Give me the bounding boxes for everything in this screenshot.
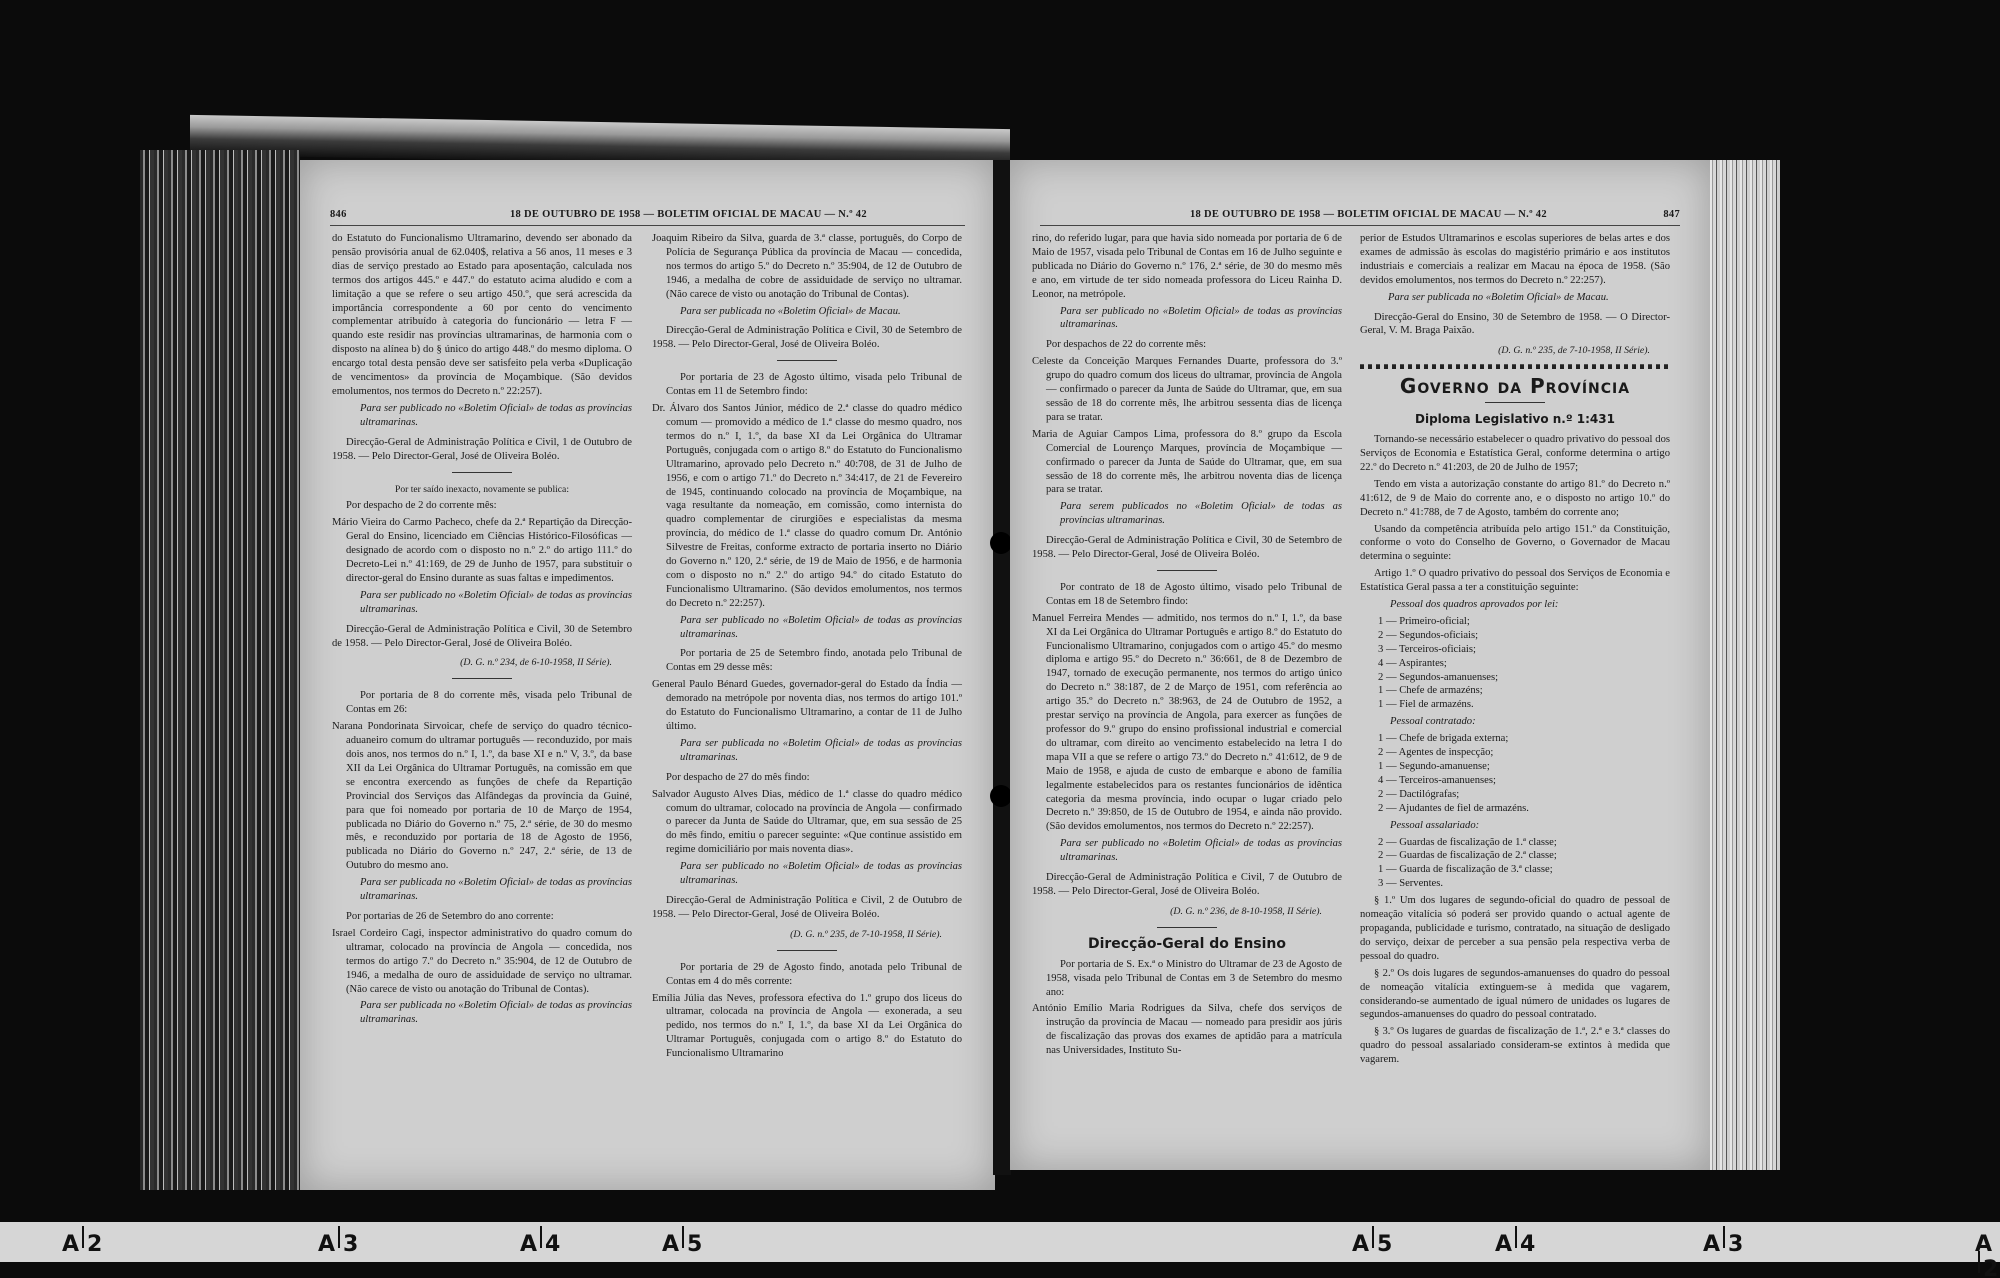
binding-hole <box>990 785 1012 807</box>
list-item: 3 — Terceiros-oficiais; <box>1378 643 1670 657</box>
section-divider <box>452 472 512 473</box>
book-right-page-edges <box>1710 160 1780 1170</box>
page-number: 847 <box>1663 209 1680 220</box>
signature-line: Direcção-Geral de Administração Política… <box>1032 534 1342 562</box>
publication-note: Para ser publicada no «Boletim Oficial» … <box>652 737 962 765</box>
list-item: 4 — Terceiros-amanuenses; <box>1378 774 1670 788</box>
order-intro: Por portaria de 25 de Setembro findo, an… <box>652 647 962 675</box>
running-head-right: 18 DE OUTUBRO DE 1958 — BOLETIM OFICIAL … <box>1040 207 1680 226</box>
staff-list: 1 — Chefe de brigada externa;2 — Agentes… <box>1360 732 1670 815</box>
gazette-reference: (D. G. n.º 235, de 7-10-1958, II Série). <box>652 928 962 942</box>
publication-note: Para ser publicada no «Boletim Oficial» … <box>1360 291 1670 305</box>
section-heading: Governo da Província <box>1360 380 1670 394</box>
list-item: 1 — Chefe de brigada externa; <box>1378 732 1670 746</box>
publication-note: Para ser publicado no «Boletim Oficial» … <box>652 860 962 888</box>
left-page-column-2: Joaquim Ribeiro da Silva, guarda de 3.ª … <box>652 232 962 1064</box>
running-title: 18 DE OUTUBRO DE 1958 — BOLETIM OFICIAL … <box>1190 209 1547 220</box>
paragraph-continued: perior de Estudos Ultramarinos e escolas… <box>1360 232 1670 288</box>
entry-paragraph: Manuel Ferreira Mendes — admitido, nos t… <box>1032 612 1342 835</box>
marker-tick <box>1723 1226 1725 1248</box>
order-intro: Por portaria de 8 do corrente mês, visad… <box>332 689 632 717</box>
marker-number: 4 <box>1520 1232 1535 1257</box>
list-item: 2 — Guardas de fiscalização de 1.ª class… <box>1378 836 1670 850</box>
paragraph: Por portarias de 26 de Setembro do ano c… <box>332 910 632 924</box>
marker-tick <box>1372 1226 1374 1248</box>
right-page-column-1: rino, do referido lugar, para que havia … <box>1032 232 1342 1061</box>
marker-number: 4 <box>545 1232 560 1257</box>
list-subheading: Pessoal assalariado: <box>1360 819 1670 833</box>
entry-paragraph: Maria de Aguiar Campos Lima, professora … <box>1032 428 1342 498</box>
publication-note: Para ser publicado no «Boletim Oficial» … <box>652 614 962 642</box>
marker-number: 3 <box>1728 1232 1743 1257</box>
entry-paragraph: Israel Cordeiro Cagi, inspector administ… <box>332 927 632 997</box>
list-item: 2 — Ajudantes de fiel de armazéns. <box>1378 802 1670 816</box>
entry-paragraph: General Paulo Bénard Guedes, governador-… <box>652 678 962 734</box>
gazette-reference: (D. G. n.º 234, de 6-10-1958, II Série). <box>332 656 632 670</box>
publication-note: Para ser publicada no «Boletim Oficial» … <box>332 999 632 1027</box>
list-item: 2 — Segundos-amanuenses; <box>1378 671 1670 685</box>
order-intro: Por portaria de S. Ex.ª o Ministro do Ul… <box>1032 958 1342 1000</box>
marker-tick <box>82 1226 84 1248</box>
paragraph-continued: rino, do referido lugar, para que havia … <box>1032 232 1342 302</box>
film-frame-marker: A3 <box>318 1232 358 1257</box>
marker-letter: A <box>1352 1232 1369 1257</box>
paragraph: § 1.º Um dos lugares de segundo-oficial … <box>1360 894 1670 964</box>
staff-list: 1 — Primeiro-oficial;2 — Segundos-oficia… <box>1360 615 1670 712</box>
entry-paragraph: Dr. Álvaro dos Santos Júnior, médico de … <box>652 402 962 611</box>
staff-list: 2 — Guardas de fiscalização de 1.ª class… <box>1360 836 1670 892</box>
signature-line: Direcção-Geral de Administração Política… <box>652 324 962 352</box>
paragraph: Por despacho de 27 do mês findo: <box>652 771 962 785</box>
list-item: 1 — Fiel de armazéns. <box>1378 698 1670 712</box>
paragraph-continued: do Estatuto do Funcionalismo Ultramarino… <box>332 232 632 399</box>
order-intro: Por portaria de 29 de Agosto findo, anot… <box>652 961 962 989</box>
entry-paragraph: Narana Pondorinata Sirvoicar, chefe de s… <box>332 720 632 873</box>
film-ruler <box>0 1222 2000 1262</box>
entry-paragraph: Celeste da Conceição Marques Fernandes D… <box>1032 355 1342 425</box>
section-divider <box>1157 570 1217 571</box>
order-intro: Por portaria de 23 de Agosto último, vis… <box>652 371 962 399</box>
section-divider <box>1485 402 1545 403</box>
page-number: 846 <box>330 209 347 220</box>
publication-note: Para ser publicado no «Boletim Oficial» … <box>1032 837 1342 865</box>
list-item: 3 — Serventes. <box>1378 877 1670 891</box>
signature-line: Direcção-Geral de Administração Política… <box>332 436 632 464</box>
section-heading: Direcção-Geral do Ensino <box>1032 938 1342 952</box>
paragraph: Tendo em vista a autorização constante d… <box>1360 478 1670 520</box>
section-divider <box>1157 927 1217 928</box>
order-intro: Por contrato de 18 de Agosto último, vis… <box>1032 581 1342 609</box>
marker-letter: A <box>520 1232 537 1257</box>
film-frame-marker: A2 <box>1975 1232 2000 1278</box>
film-frame-marker: A5 <box>1352 1232 1392 1257</box>
entry-paragraph: António Emílio Maria Rodrigues da Silva,… <box>1032 1002 1342 1058</box>
list-subheading: Pessoal dos quadros aprovados por lei: <box>1360 598 1670 612</box>
paragraph: Usando da competência atribuída pelo art… <box>1360 523 1670 565</box>
publication-note: Para ser publicado no «Boletim Oficial» … <box>1032 305 1342 333</box>
binding-hole <box>990 532 1012 554</box>
list-item: 2 — Segundos-oficiais; <box>1378 629 1670 643</box>
marker-number: 5 <box>1377 1232 1392 1257</box>
marker-number: 3 <box>343 1232 358 1257</box>
marker-letter: A <box>1495 1232 1512 1257</box>
list-item: 4 — Aspirantes; <box>1378 657 1670 671</box>
list-item: 1 — Primeiro-oficial; <box>1378 615 1670 629</box>
entry-paragraph: Joaquim Ribeiro da Silva, guarda de 3.ª … <box>652 232 962 302</box>
book-gutter <box>993 160 1011 1175</box>
paragraph: Por despacho de 2 do corrente mês: <box>332 499 632 513</box>
gazette-reference: (D. G. n.º 236, de 8-10-1958, II Série). <box>1032 905 1342 919</box>
paragraph: Artigo 1.º O quadro privativo do pessoal… <box>1360 567 1670 595</box>
diploma-heading: Diploma Legislativo n.º 1:431 <box>1360 413 1670 427</box>
marker-number: 2 <box>1983 1257 1998 1278</box>
list-item: 2 — Dactilógrafas; <box>1378 788 1670 802</box>
list-item: 2 — Agentes de inspecção; <box>1378 746 1670 760</box>
marker-tick <box>338 1226 340 1248</box>
film-frame-marker: A4 <box>520 1232 560 1257</box>
film-frame-marker: A3 <box>1703 1232 1743 1257</box>
marker-tick <box>1978 1251 1980 1273</box>
signature-line: Direcção-Geral de Administração Política… <box>652 894 962 922</box>
list-item: 2 — Guardas de fiscalização de 2.ª class… <box>1378 849 1670 863</box>
paragraph: Tornando-se necessário estabelecer o qua… <box>1360 433 1670 475</box>
publication-note: Para ser publicada no «Boletim Oficial» … <box>332 876 632 904</box>
list-item: 1 — Segundo-amanuense; <box>1378 760 1670 774</box>
ornamental-divider <box>1360 364 1670 372</box>
film-frame-marker: A2 <box>62 1232 102 1257</box>
entry-paragraph: Mário Vieira do Carmo Pacheco, chefe da … <box>332 516 632 586</box>
signature-line: Direcção-Geral de Administração Política… <box>332 623 632 651</box>
film-frame-marker: A4 <box>1495 1232 1535 1257</box>
section-divider <box>777 360 837 361</box>
list-item: 1 — Guarda de fiscalização de 3.ª classe… <box>1378 863 1670 877</box>
right-page: 18 DE OUTUBRO DE 1958 — BOLETIM OFICIAL … <box>1010 160 1710 1170</box>
left-page-column-1: do Estatuto do Funcionalismo Ultramarino… <box>332 232 632 1033</box>
notice-line: Por ter saído inexacto, novamente se pub… <box>332 483 632 497</box>
publication-note: Para ser publicada no «Boletim Oficial» … <box>652 305 962 319</box>
marker-letter: A <box>662 1232 679 1257</box>
left-page: 846 18 DE OUTUBRO DE 1958 — BOLETIM OFIC… <box>300 160 995 1190</box>
book-left-page-edges <box>140 150 300 1190</box>
paragraph: Por despachos de 22 do corrente mês: <box>1032 338 1342 352</box>
running-title: 18 DE OUTUBRO DE 1958 — BOLETIM OFICIAL … <box>510 209 867 220</box>
marker-letter: A <box>318 1232 335 1257</box>
section-divider <box>452 678 512 679</box>
publication-note: Para ser publicado no «Boletim Oficial» … <box>332 589 632 617</box>
list-subheading: Pessoal contratado: <box>1360 715 1670 729</box>
paragraph: § 3.º Os lugares de guardas de fiscaliza… <box>1360 1025 1670 1067</box>
list-item: 1 — Chefe de armazéns; <box>1378 684 1670 698</box>
marker-number: 2 <box>87 1232 102 1257</box>
publication-note: Para ser publicado no «Boletim Oficial» … <box>332 402 632 430</box>
marker-letter: A <box>62 1232 79 1257</box>
running-head-left: 846 18 DE OUTUBRO DE 1958 — BOLETIM OFIC… <box>330 207 965 226</box>
marker-tick <box>1515 1226 1517 1248</box>
right-page-column-2: perior de Estudos Ultramarinos e escolas… <box>1360 232 1670 1070</box>
paragraph: § 2.º Os dois lugares de segundos-amanue… <box>1360 967 1670 1023</box>
section-divider <box>777 950 837 951</box>
gazette-reference: (D. G. n.º 235, de 7-10-1958, II Série). <box>1360 344 1670 358</box>
marker-tick <box>540 1226 542 1248</box>
publication-note: Para serem publicados no «Boletim Oficia… <box>1032 500 1342 528</box>
film-frame-marker: A5 <box>662 1232 702 1257</box>
entry-paragraph: Emília Júlia das Neves, professora efect… <box>652 992 962 1062</box>
marker-number: 5 <box>687 1232 702 1257</box>
entry-paragraph: Salvador Augusto Alves Dias, médico de 1… <box>652 788 962 858</box>
marker-letter: A <box>1703 1232 1720 1257</box>
marker-tick <box>682 1226 684 1248</box>
signature-line: Direcção-Geral do Ensino, 30 de Setembro… <box>1360 311 1670 339</box>
signature-line: Direcção-Geral de Administração Política… <box>1032 871 1342 899</box>
